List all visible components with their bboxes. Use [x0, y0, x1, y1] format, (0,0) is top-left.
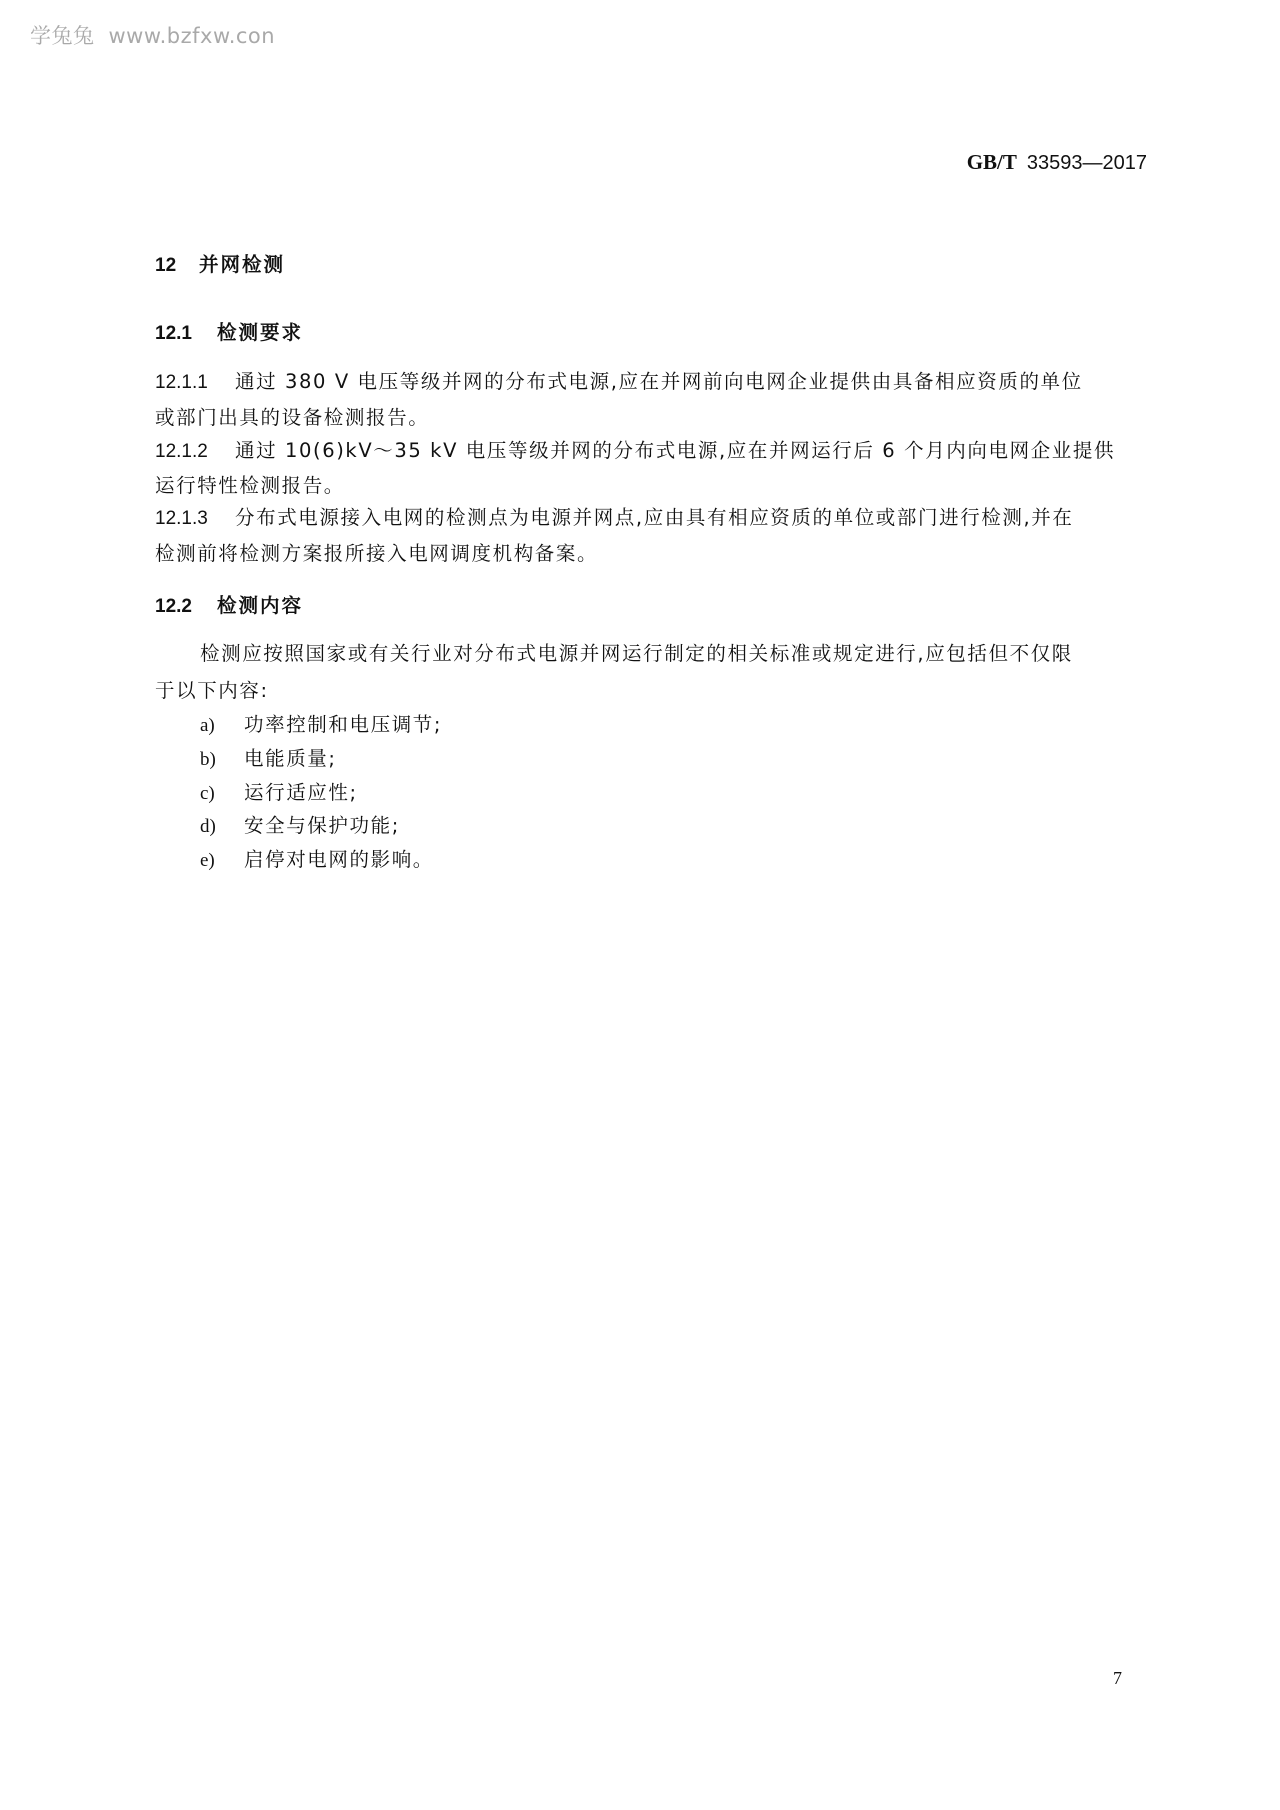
standard-prefix: GB/T: [967, 150, 1017, 174]
list-item: d)安全与保护功能;: [200, 810, 400, 838]
intro-paragraph-continuation: 于以下内容:: [155, 675, 269, 703]
section-title: 并网检测: [199, 253, 285, 276]
clause-number: 12.1.3: [155, 508, 235, 530]
section-heading: 12并网检测: [155, 249, 285, 277]
clause-text: 分布式电源接入电网的检测点为电源并网点,应由具有相应资质的单位或部门进行检测,并…: [235, 506, 1074, 529]
clause-number: 12.1.2: [155, 441, 235, 463]
clause-number: 12.1.1: [155, 372, 235, 394]
clause-12-1-1-continuation: 或部门出具的设备检测报告。: [155, 402, 429, 430]
subsection-title: 检测要求: [217, 321, 303, 344]
clause-text: 通过 10(6)kV～35 kV 电压等级并网的分布式电源,应在并网运行后 6 …: [235, 439, 1115, 462]
clause-12-1-1: 12.1.1通过 380 V 电压等级并网的分布式电源,应在并网前向电网企业提供…: [155, 366, 1083, 394]
subsection-number: 12.2: [155, 596, 217, 618]
list-item-text: 安全与保护功能;: [244, 814, 400, 837]
subsection-number: 12.1: [155, 323, 217, 345]
list-item: c)运行适应性;: [200, 777, 358, 805]
standard-code-header: GB/T33593—2017: [967, 150, 1147, 175]
list-marker: c): [200, 783, 244, 805]
list-item-text: 电能质量;: [244, 747, 337, 770]
list-item: a)功率控制和电压调节;: [200, 709, 442, 737]
list-item: e)启停对电网的影响。: [200, 844, 434, 872]
list-marker: a): [200, 715, 244, 737]
clause-text: 运行特性检测报告。: [155, 474, 345, 497]
list-marker: e): [200, 850, 244, 872]
watermark: 学兔兔www.bzfxw.con: [30, 20, 275, 50]
standard-number: 33593—2017: [1027, 152, 1147, 174]
intro-paragraph: 检测应按照国家或有关行业对分布式电源并网运行制定的相关标准或规定进行,应包括但不…: [200, 638, 1073, 666]
list-item-text: 运行适应性;: [244, 781, 358, 804]
list-item-text: 功率控制和电压调节;: [244, 713, 442, 736]
paragraph-text: 检测应按照国家或有关行业对分布式电源并网运行制定的相关标准或规定进行,应包括但不…: [200, 642, 1073, 665]
clause-12-1-2: 12.1.2通过 10(6)kV～35 kV 电压等级并网的分布式电源,应在并网…: [155, 435, 1115, 463]
list-item: b)电能质量;: [200, 743, 337, 771]
clause-12-1-2-continuation: 运行特性检测报告。: [155, 470, 345, 498]
subsection-heading-12-1: 12.1检测要求: [155, 317, 303, 345]
watermark-brand: 学兔兔: [30, 24, 95, 48]
clause-text: 检测前将检测方案报所接入电网调度机构备案。: [155, 542, 598, 565]
section-number: 12: [155, 255, 199, 277]
page-number: 7: [1113, 1668, 1122, 1689]
list-marker: d): [200, 816, 244, 838]
clause-text: 通过 380 V 电压等级并网的分布式电源,应在并网前向电网企业提供由具备相应资…: [235, 370, 1083, 393]
paragraph-text: 于以下内容:: [155, 679, 269, 702]
clause-12-1-3: 12.1.3分布式电源接入电网的检测点为电源并网点,应由具有相应资质的单位或部门…: [155, 502, 1074, 530]
subsection-heading-12-2: 12.2检测内容: [155, 590, 303, 618]
list-item-text: 启停对电网的影响。: [244, 848, 434, 871]
clause-text: 或部门出具的设备检测报告。: [155, 406, 429, 429]
clause-12-1-3-continuation: 检测前将检测方案报所接入电网调度机构备案。: [155, 538, 598, 566]
subsection-title: 检测内容: [217, 594, 303, 617]
watermark-site: www.bzfxw.con: [109, 24, 276, 48]
list-marker: b): [200, 749, 244, 771]
